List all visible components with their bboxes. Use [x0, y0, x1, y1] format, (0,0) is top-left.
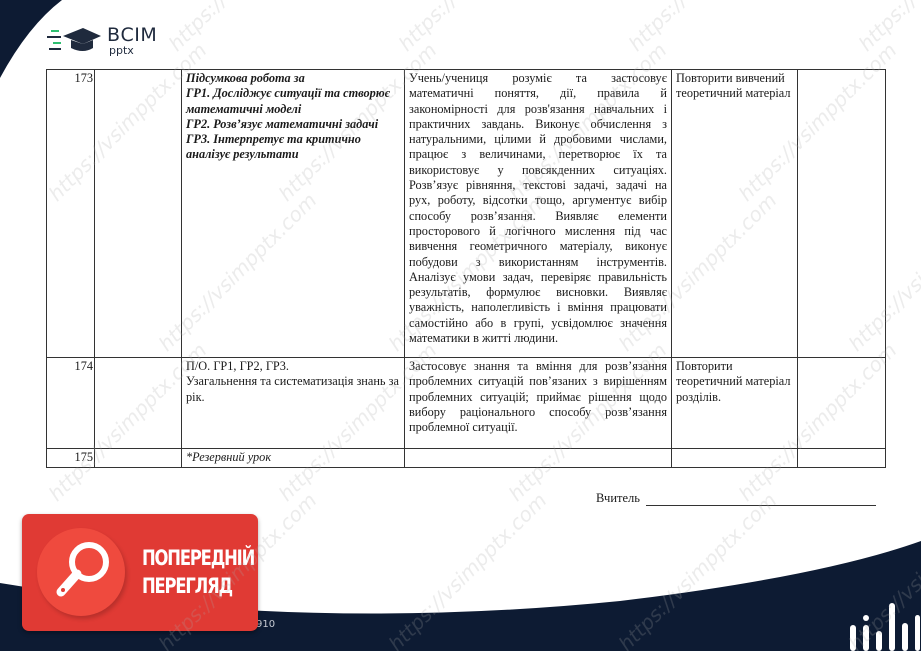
logo-sub: pptx: [109, 44, 134, 57]
learning-outcomes: [405, 449, 672, 468]
lesson-topic: П/О. ГР1, ГР2, ГР3. Узагальнення та сист…: [182, 358, 405, 449]
logo: ВСІМ pptx: [47, 22, 167, 58]
signature-label: Вчитель: [596, 491, 640, 506]
notes: [798, 70, 886, 358]
preview-line-1: ПОПЕРЕДНІЙ: [142, 544, 229, 572]
teacher-signature: Вчитель: [596, 491, 876, 506]
table-row: 174 П/О. ГР1, ГР2, ГР3. Узагальнення та …: [47, 358, 886, 449]
learning-outcomes: Застосовує знання та вміння для розв’яза…: [405, 358, 672, 449]
watermark-text: https://vsimpptx.com: [163, 0, 331, 56]
lesson-date: [95, 449, 182, 468]
lesson-topic: *Резервний урок: [182, 449, 405, 468]
lesson-number: 175: [47, 449, 95, 468]
topic-line: Узагальнення та систематизація знань за …: [186, 374, 400, 405]
topic-line: ГР1. Досліджує ситуації та створює матем…: [186, 86, 400, 117]
notes: [798, 358, 886, 449]
lesson-number: 174: [47, 358, 95, 449]
graduation-cap-icon: [47, 26, 103, 54]
topic-line: П/О. ГР1, ГР2, ГР3.: [186, 359, 400, 374]
watermark-text: https://vsimpptx.com: [853, 0, 921, 56]
watermark-text: https://vsimpptx.com: [623, 0, 791, 56]
logo-brand: ВСІМ: [107, 24, 157, 46]
lesson-plan-table: 173 Підсумкова робота за ГР1. Досліджує …: [46, 69, 886, 468]
homework: [672, 449, 798, 468]
table-row: 175 *Резервний урок: [47, 449, 886, 468]
magnifier-circle: [37, 528, 125, 616]
preview-line-2: ПЕРЕГЛЯД: [142, 572, 229, 600]
footer-code: 910: [256, 619, 275, 630]
lesson-number: 173: [47, 70, 95, 358]
lesson-date: [95, 358, 182, 449]
magnifier-icon: [37, 528, 125, 616]
homework: Повторити теоретичний матеріал розділів.: [672, 358, 798, 449]
bars-logo-icon: [850, 585, 920, 651]
signature-line: [646, 493, 876, 506]
learning-outcomes: Учень/учениця розуміє та застосовує мате…: [405, 70, 672, 358]
preview-badge[interactable]: ПОПЕРЕДНІЙ ПЕРЕГЛЯД: [22, 514, 258, 631]
topic-line: ГР2. Розв’язує математичні задачі: [186, 117, 400, 132]
table-row: 173 Підсумкова робота за ГР1. Досліджує …: [47, 70, 886, 358]
topic-line: Підсумкова робота за: [186, 71, 400, 86]
homework: Повторити вивчений теоретичний матеріал: [672, 70, 798, 358]
preview-label: ПОПЕРЕДНІЙ ПЕРЕГЛЯД: [142, 544, 229, 600]
lesson-date: [95, 70, 182, 358]
watermark-text: https://vsimpptx.com: [393, 0, 561, 56]
topic-line: ГР3. Інтерпретує та критично аналізує ре…: [186, 132, 400, 163]
lesson-topic: Підсумкова робота за ГР1. Досліджує ситу…: [182, 70, 405, 358]
notes: [798, 449, 886, 468]
